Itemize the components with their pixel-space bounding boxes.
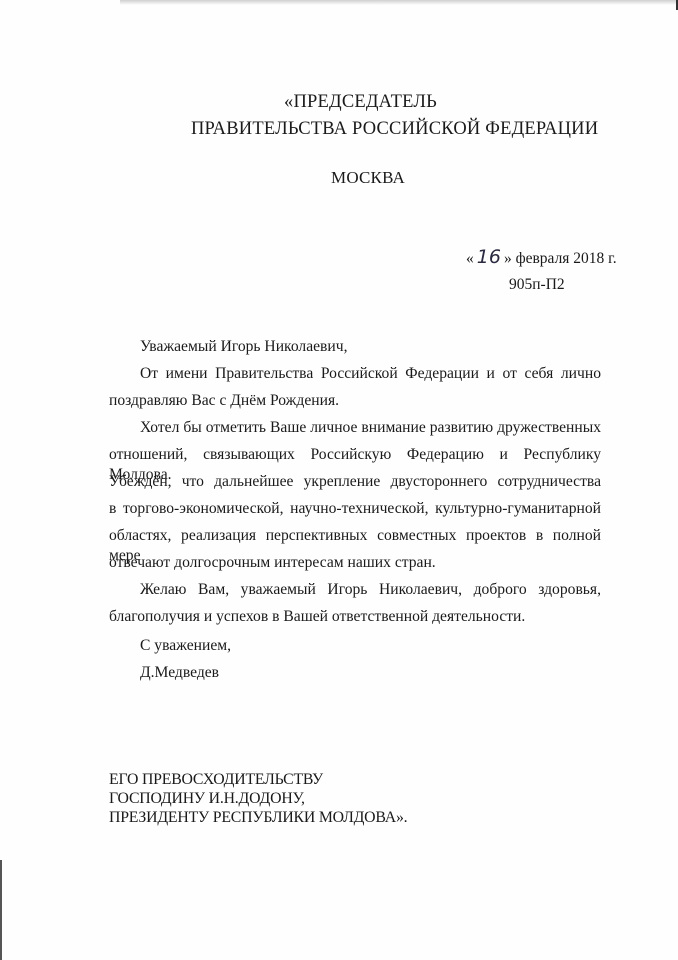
body-line: Убеждён, что дальнейшее укрепление двуст… — [109, 472, 601, 492]
reference-number: 905п-П2 — [509, 276, 565, 294]
greeting: Уважаемый Игорь Николаевич, — [140, 337, 348, 357]
body-line: Хотел бы отметить Ваше личное внимание р… — [140, 418, 601, 438]
body-line: От имени Правительства Российской Федера… — [140, 364, 601, 384]
letter-page: «ПРЕДСЕДАТЕЛЬ ПРАВИТЕЛЬСТВА РОССИЙСКОЙ Ф… — [0, 0, 678, 960]
closing: С уважением, — [140, 636, 231, 656]
scan-shadow — [120, 0, 678, 5]
body-line: Желаю Вам, уважаемый Игорь Николаевич, д… — [140, 580, 601, 600]
letter-date: «16» февраля 2018 г. — [466, 246, 617, 268]
body-line: благополучия и успехов в Вашей ответстве… — [109, 607, 525, 627]
letterhead-subtitle: ПРАВИТЕЛЬСТВА РОССИЙСКОЙ ФЕДЕРАЦИИ — [191, 119, 598, 140]
letterhead-city: МОСКВА — [331, 168, 405, 188]
addressee-line: ЕГО ПРЕВОСХОДИТЕЛЬСТВУ — [109, 771, 323, 789]
letterhead-title: «ПРЕДСЕДАТЕЛЬ — [284, 92, 437, 113]
scan-edge — [0, 860, 2, 960]
body-line: отвечают долгосрочным интересам наших ст… — [109, 553, 436, 573]
date-open-quote: « — [466, 250, 474, 267]
body-line: в торгово-экономической, научно-техничес… — [109, 499, 601, 519]
addressee-line: ПРЕЗИДЕНТУ РЕСПУБЛИКИ МОЛДОВА». — [109, 809, 407, 827]
handwritten-day: 16 — [474, 246, 504, 268]
date-month-year: » февраля 2018 г. — [504, 250, 617, 267]
addressee-line: ГОСПОДИНУ И.Н.ДОДОНУ, — [109, 790, 305, 808]
body-line: поздравляю Вас с Днём Рождения. — [109, 391, 339, 411]
signature: Д.Медведев — [140, 663, 219, 683]
